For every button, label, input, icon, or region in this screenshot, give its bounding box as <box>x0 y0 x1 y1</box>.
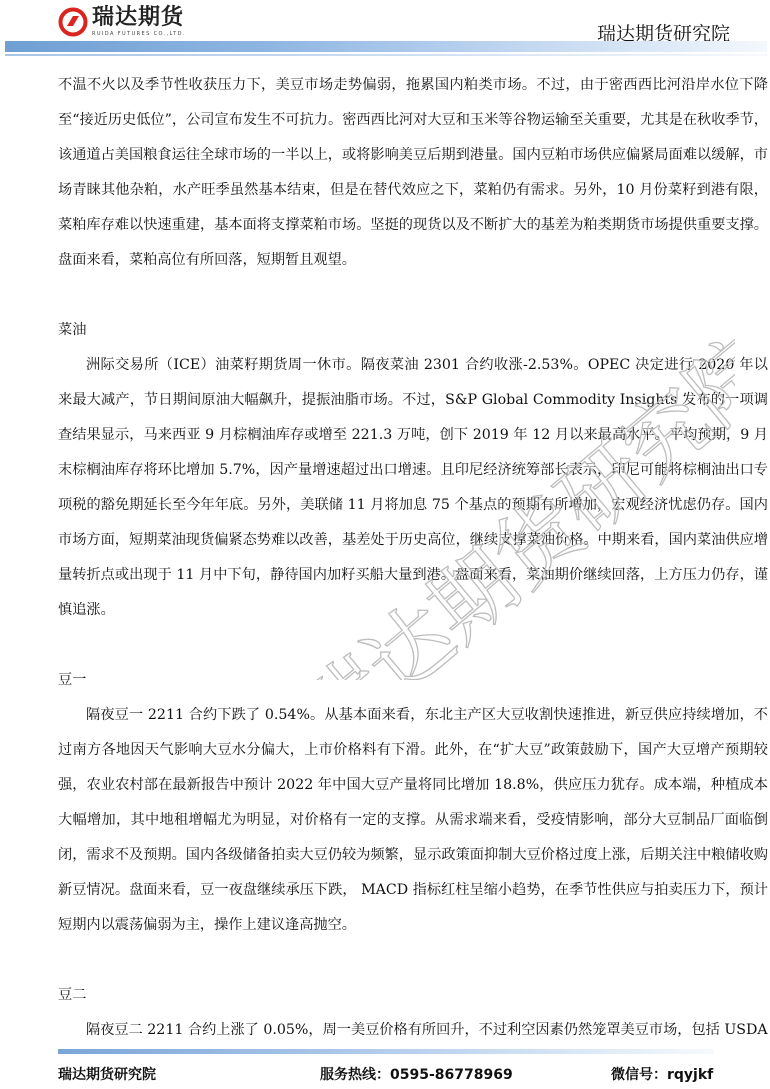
page-header: 瑞达期货 RUIDA FUTURES CO.,LTD. 瑞达期货研究院 <box>0 0 770 62</box>
section-title-soybean-two: 豆二 <box>58 978 768 1013</box>
footer-hotline: 服务热线：0595-86778969 <box>320 1064 513 1084</box>
page-footer: 瑞达期货研究院 服务热线：0595-86778969 微信号：rqyjkf <box>58 1064 718 1086</box>
header-divider-line <box>5 54 767 56</box>
document-body: 不温不火以及季节性收获压力下，美豆市场走势偏弱，拖累国内粕类市场。不过，由于密西… <box>58 68 768 1048</box>
header-divider-bar <box>5 41 767 52</box>
section-title-soybean-one: 豆一 <box>58 663 768 698</box>
paragraph-rapeseed-oil: 洲际交易所（ICE）油菜籽期货周一休市。隔夜菜油 2301 合约收涨-2.53%… <box>58 348 768 628</box>
footer-divider-bar <box>58 1049 714 1054</box>
footer-org-name: 瑞达期货研究院 <box>58 1064 156 1084</box>
footer-wechat: 微信号：rqyjkf <box>611 1064 713 1084</box>
section-title-rapeseed-oil: 菜油 <box>58 313 768 348</box>
logo-chinese-name: 瑞达期货 <box>92 6 186 30</box>
paragraph-soybean-two: 隔夜豆二 2211 合约上涨了 0.05%，周一美豆价格有所回升，不过利空因素仍… <box>58 1013 768 1048</box>
logo-english-name: RUIDA FUTURES CO.,LTD. <box>92 30 186 38</box>
company-logo: 瑞达期货 RUIDA FUTURES CO.,LTD. <box>58 4 186 40</box>
paragraph-soybean-one: 隔夜豆一 2211 合约下跌了 0.54%。从基本面来看，东北主产区大豆收割快速… <box>58 698 768 943</box>
ruida-logo-icon <box>58 7 88 37</box>
paragraph-meal-continued: 不温不火以及季节性收获压力下，美豆市场走势偏弱，拖累国内粕类市场。不过，由于密西… <box>58 68 768 278</box>
